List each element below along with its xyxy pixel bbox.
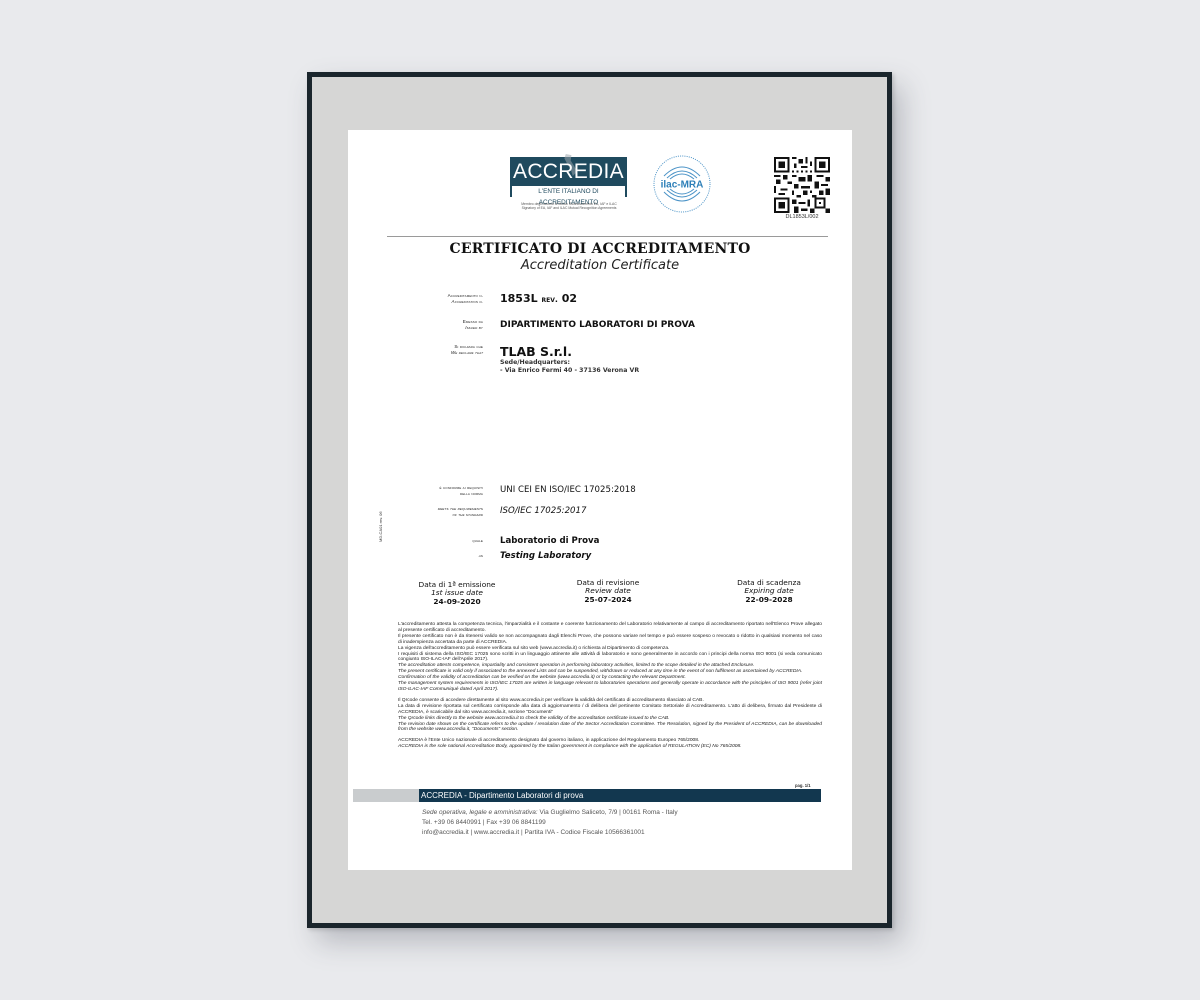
footer-address-label: Sede operativa, legale e amministrativa: <box>422 809 538 816</box>
footer-band-accent <box>353 789 419 802</box>
header-divider <box>387 236 828 237</box>
certificate-body-text: L'accreditamento attesta la competenza t… <box>398 622 822 750</box>
body-paragraph: L'accreditamento attesta la competenza t… <box>398 622 822 634</box>
role-label-it: quale <box>403 538 483 544</box>
certificate-subtitle: Accreditation Certificate <box>348 258 852 273</box>
accreditation-number-label: Accreditamento n. Accreditation n. <box>403 293 483 305</box>
conformity-label-it-2: della norma <box>403 491 483 497</box>
revision-label: rev. <box>541 295 557 304</box>
headquarters-label: Sede/Headquarters: <box>500 359 570 366</box>
certificate-title: CERTIFICATO DI ACCREDITAMENTO <box>348 241 852 257</box>
svg-text:ilac-MRA: ilac-MRA <box>661 180 704 191</box>
issued-by-value: DIPARTIMENTO LABORATORI DI PROVA <box>500 320 695 330</box>
conformity-label-en-2: of the standard <box>403 512 483 518</box>
qr-code-icon <box>774 157 830 213</box>
qr-code[interactable] <box>774 157 830 213</box>
issued-by-label: Emesso da Issued by <box>403 319 483 331</box>
review-label-en: Review date <box>548 587 668 595</box>
standard-it: UNI CEI EN ISO/IEC 17025:2018 <box>500 485 636 495</box>
form-code: MD-CA01 rev. 06 <box>378 492 386 542</box>
body-paragraph: ACCREDIA is the sole national Accreditat… <box>398 744 822 750</box>
issued-by-label-en: Issued by <box>403 325 483 331</box>
accredia-logo-name: ACCREDIA <box>510 160 627 184</box>
footer-band: ACCREDIA - Dipartimento Laboratori di pr… <box>419 789 821 802</box>
accreditation-number: 1853L rev. 02 <box>500 292 577 305</box>
expiring-value: 22-09-2028 <box>709 595 829 604</box>
role-label-en: as <box>403 553 483 559</box>
qr-code-id: DL1853L/002 <box>768 214 836 220</box>
body-paragraph: Il presente certificato non è da ritener… <box>398 634 822 646</box>
footer-contact-info: Sede operativa, legale e amministrativa:… <box>422 808 678 838</box>
standard-en: ISO/IEC 17025:2017 <box>500 506 586 516</box>
page-number: pag. 1/1 <box>795 783 811 788</box>
review-date: Data di revisione Review date 25-07-2024 <box>548 578 668 604</box>
ilac-mra-icon: ilac-MRA <box>652 154 712 214</box>
role-en: Testing Laboratory <box>500 551 591 561</box>
ilac-mra-logo: ilac-MRA <box>652 154 712 214</box>
first-issue-date: Data di 1ª emissione 1st issue date 24-0… <box>397 580 517 606</box>
body-paragraph: The revision date shown on the certifica… <box>398 722 822 734</box>
footer-band-text: ACCREDIA - Dipartimento Laboratori di pr… <box>421 791 583 800</box>
review-value: 25-07-2024 <box>548 595 668 604</box>
accredia-logo: ACCREDIA L'ENTE ITALIANO DI ACCREDITAMEN… <box>510 157 627 197</box>
declare-label: Si dichiara che We declare that <box>403 344 483 356</box>
body-paragraph: The management system requirements in IS… <box>398 681 822 693</box>
footer-address-value: Via Guglielmo Saliceto, 7/9 | 00161 Roma… <box>539 809 677 816</box>
body-paragraph: I requisiti di sistema della ISO/IEC 170… <box>398 652 822 664</box>
conformity-label-it: è conforme ai requisiti della norma <box>403 485 483 497</box>
accredia-logo-tagline: L'ENTE ITALIANO DI ACCREDITAMENTO <box>510 186 627 197</box>
role-it: Laboratorio di Prova <box>500 536 599 546</box>
footer-email-web: info@accredia.it | www.accredia.it | Par… <box>422 828 678 838</box>
expiring-label-en: Expiring date <box>709 587 829 595</box>
footer-address: Sede operativa, legale e amministrativa:… <box>422 808 678 818</box>
first-issue-value: 24-09-2020 <box>397 597 517 606</box>
accredia-sub-line-2: Signatory of EA, IAF and ILAC Mutual Rec… <box>508 206 630 210</box>
expiring-date: Data di scadenza Expiring date 22-09-202… <box>709 578 829 604</box>
conformity-label-en: meets the requirements of the standard <box>403 506 483 518</box>
first-issue-label-en: 1st issue date <box>397 589 517 597</box>
headquarters-address: - Via Enrico Fermi 40 - 37136 Verona VR <box>500 367 639 374</box>
certificate-document: ACCREDIA L'ENTE ITALIANO DI ACCREDITAMEN… <box>348 130 852 870</box>
footer-phone-fax: Tel. +39 06 8440991 | Fax +39 06 8841199 <box>422 818 678 828</box>
dates-row: Data di 1ª emissione 1st issue date 24-0… <box>388 578 828 608</box>
accreditation-number-label-en: Accreditation n. <box>403 299 483 305</box>
accredia-logo-subtitle: Membro degli Accordi di Mutuo Riconoscim… <box>508 202 630 211</box>
revision-value: 02 <box>562 292 577 305</box>
body-paragraph: La data di revisione riportata sul certi… <box>398 704 822 716</box>
accreditation-number-value: 1853L <box>500 292 538 305</box>
declare-label-en: We declare that <box>403 350 483 356</box>
company-name: TLAB S.r.l. <box>500 344 572 359</box>
